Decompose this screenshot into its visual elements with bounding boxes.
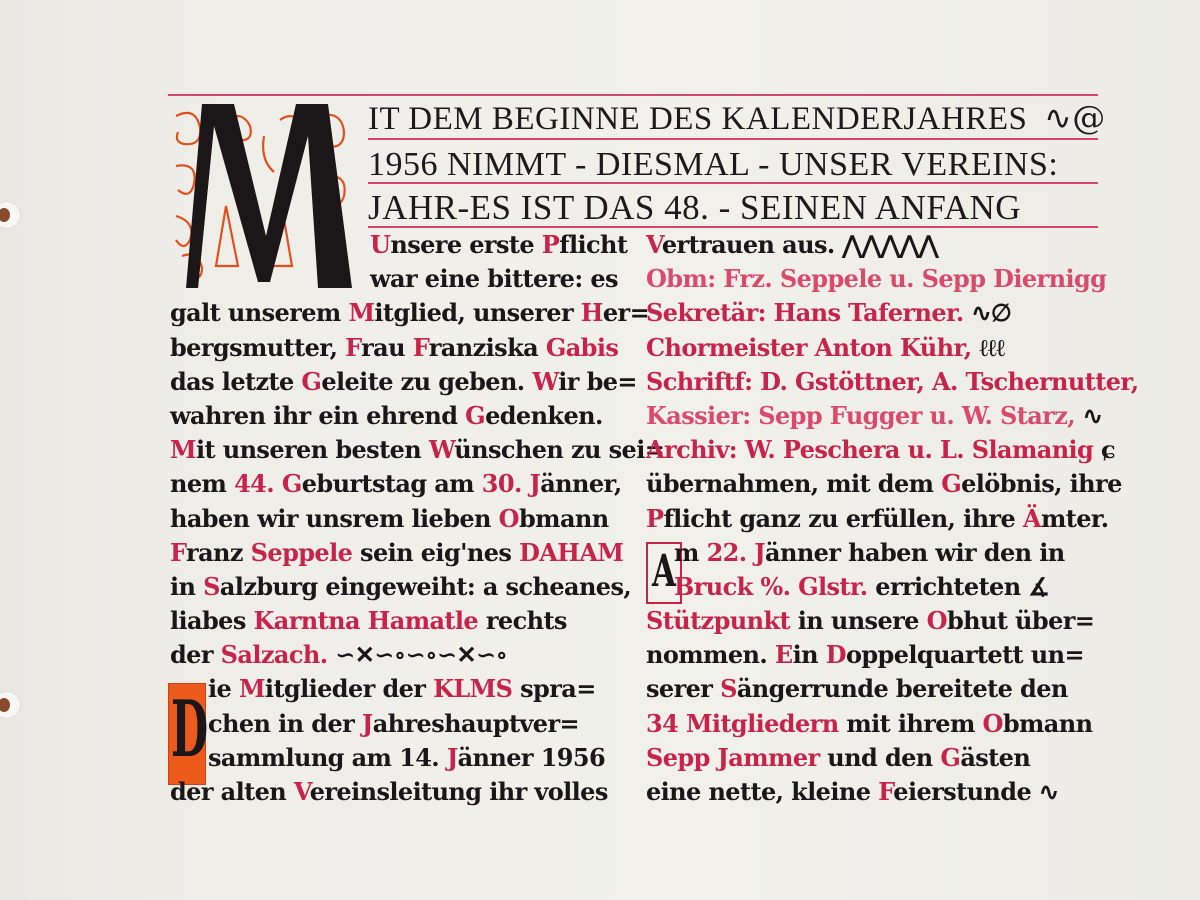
text-line: Schriftf: D. Gstöttner, A. Tschernutter, [646,365,1106,399]
text-line: serer Sängerrunde bereitete den [646,672,1106,706]
rubricated-text: Sepp [646,743,710,772]
ink-text [274,469,282,498]
rubricated-text: G [941,469,961,498]
ink-text: der alten [170,777,294,806]
ink-text: errichteten ∡ [868,572,1050,601]
rubricated-text: V [294,777,310,806]
rubricated-text: Archiv: W. Peschera u. L. Slamanig [646,435,1093,464]
rubricated-text: U [370,230,390,259]
text-line: Mit unseren besten Wünschen zu sei= [170,433,630,467]
ink-text: bergsmutter, [170,333,345,362]
rubricated-text: H [581,298,603,327]
ink-text: ranz [186,538,251,567]
ink-text: ängerrunde bereitete den [737,674,1068,703]
ink-text: eine nette, kleine [646,777,878,806]
right-text-column: Vertrauen aus. ⋀⋀⋀⋀⋀Obm: Frz. Seppele u.… [646,228,1106,809]
rubricated-text: M [170,435,196,464]
punch-hole [0,202,20,228]
ink-text: haben wir unsrem lieben [170,504,499,533]
text-line: nommen. Ein Doppelquartett un= [646,638,1106,672]
ink-text: das letzte [170,367,301,396]
text-line: galt unserem Mitglied, unserer Her= [170,296,630,330]
heading-line-1: IT DEM BEGINNE DES KALENDERJAHRES ∿@ [368,98,1098,138]
ink-text: eierstunde ∿ [893,777,1058,806]
ink-text: änner, [540,469,621,498]
ink-text: ästen [960,743,1030,772]
ink-text: ɕ [1093,435,1115,464]
text-line: eine nette, kleine Feierstunde ∿ [646,775,1106,809]
ink-text: mter. [1041,504,1109,533]
text-line: Obm: Frz. Seppele u. Sepp Diernigg [646,262,1106,296]
ink-text: alzburg eingeweiht: a scheanes, [220,572,631,601]
ink-text: mit ihrem [839,709,983,738]
rubricated-text: Salzach. [221,640,328,669]
ink-text: ∿∅ [964,298,1012,327]
ink-text: ünschen zu sei= [454,435,664,464]
ink-text: bmann [519,504,609,533]
manuscript-page: IT DEM BEGINNE DES KALENDERJAHRES ∿@ 195… [0,0,1200,900]
red-rule [368,138,1098,140]
ink-text: bhut über= [947,606,1094,635]
ink-text: war eine bittere: es [370,264,618,293]
text-line: bergsmutter, Frau Franziska Gabis [170,331,630,365]
ink-text: übernahmen, mit dem [646,469,941,498]
ink-text: galt unserem [170,298,348,327]
ink-text: der [170,640,221,669]
ink-text: spra= [512,674,595,703]
rubricated-text: Chormeister Anton Kühr, [646,333,972,362]
text-line: Kassier: Sepp Fugger u. W. Starz, ∿ [646,399,1106,433]
text-line: haben wir unsrem lieben Obmann [170,502,630,536]
rubricated-text: D [826,640,846,669]
rubricated-text: G [465,401,485,430]
rubricated-text: P [646,504,663,533]
text-line: ie Mitglieder der KLMS spra= [170,672,630,706]
text-line: das letzte Geleite zu geben. Wir be= [170,365,630,399]
rubricated-text: E [775,640,793,669]
rubricated-text: Schriftf: D. Gstöttner, A. Tschernutter, [646,367,1138,396]
text-line: der alten Vereinsleitung ihr volles [170,775,630,809]
ink-text: rau [361,333,413,362]
ink-text: flicht ganz zu erfüllen, ihre [663,504,1022,533]
rubricated-text: P [542,230,559,259]
rubricated-text: DAHAM [519,538,623,567]
rubricated-text: 44. [234,469,274,498]
rubricated-text: J [362,709,373,738]
ink-text: ∿ [1075,401,1102,430]
rubricated-text: Stützpunkt [646,606,790,635]
ink-text: ereinsleitung ihr volles [310,777,608,806]
rubricated-text: Obm: Frz. Seppele u. Sepp Diernigg [646,264,1106,293]
text-line: nem 44. Geburtstag am 30. Jänner, [170,467,630,501]
rubricated-text: S [720,674,737,703]
ink-text: er= [603,298,649,327]
ink-text: sammlung am 14. [208,743,447,772]
text-line: der Salzach. ∽✕∽∘∽∘∽✕∽∘ [170,638,630,672]
ink-text: in [170,572,203,601]
rubricated-text: W [429,435,454,464]
rubricated-text: M [239,674,265,703]
text-line: liabes Karntna Hamatle rechts [170,604,630,638]
text-line: Pflicht ganz zu erfüllen, ihre Ämter. [646,502,1106,536]
ink-text: edenken. [485,401,603,430]
ink-text: und den [820,743,941,772]
ink-text: itglieder der [265,674,433,703]
ink-text: chen in der [208,709,362,738]
rubricated-text: G [301,367,321,396]
rubricated-text: Gabis [546,333,618,362]
ink-text: ertrauen aus. ⋀⋀⋀⋀⋀ [662,230,938,259]
ink-text: nsere erste [390,230,541,259]
rubricated-text: Seppele [251,538,353,567]
ink-text: sein eig'nes [352,538,519,567]
ink-text: oppelquartett un= [846,640,1084,669]
rubricated-text: G [282,469,302,498]
rubricated-text: 22. J [707,538,765,567]
text-line: 34 Mitgliedern mit ihrem Obmann [646,707,1106,741]
rubricated-text: G [940,743,960,772]
ink-text: ranziska [429,333,546,362]
ink-text: ie [208,674,239,703]
ink-text: änner 1956 [458,743,606,772]
rubricated-text: O [983,709,1003,738]
rubricated-text: 34 Mitgliedern [646,709,839,738]
rubricated-text: F [170,538,186,567]
text-line: Sepp Jammer und den Gästen [646,741,1106,775]
left-text-column: Unsere erste Pflichtwar eine bittere: es… [170,228,630,809]
ink-text: flicht [559,230,627,259]
text-line: sammlung am 14. Jänner 1956 [170,741,630,775]
text-line: Unsere erste Pflicht [170,228,630,262]
ink-text: elöbnis, ihre [961,469,1122,498]
rubricated-text: M [348,298,374,327]
flourish-icon: ∿@ [1044,98,1106,137]
ink-text: serer [646,674,720,703]
text-line: wahren ihr ein ehrend Gedenken. [170,399,630,433]
ink-text: änner haben wir den in [765,538,1065,567]
text-line: Stützpunkt in unsere Obhut über= [646,604,1106,638]
ink-text: ahreshauptver= [373,709,579,738]
ink-text: eburtstag am [302,469,482,498]
text-line: chen in der Jahreshauptver= [170,707,630,741]
rubricated-text: S [203,572,220,601]
ink-text: liabes [170,606,254,635]
rubricated-text: F [345,333,361,362]
rubricated-text: KLMS [433,674,512,703]
rubricated-text: O [927,606,947,635]
ink-text [710,743,718,772]
text-line: in Salzburg eingeweiht: a scheanes, [170,570,630,604]
rubricated-text: F [413,333,429,362]
rubricated-text: Ä [1023,504,1041,533]
rubricated-text: Bruck %. Glstr. [674,572,868,601]
ink-text: eleite zu geben. [321,367,532,396]
ink-text: nem [170,469,234,498]
rubricated-text: Karntna Hamatle [254,606,479,635]
ink-text: in [793,640,826,669]
rubricated-text: F [878,777,893,806]
text-line: Archiv: W. Peschera u. L. Slamanig ɕ [646,433,1106,467]
ink-text: it unseren besten [196,435,429,464]
ink-text: in unsere [790,606,927,635]
text-line: m 22. Jänner haben wir den in [646,536,1106,570]
text-line: Chormeister Anton Kühr, ℓℓℓ [646,331,1106,365]
text-line: übernahmen, mit dem Gelöbnis, ihre [646,467,1106,501]
ink-text: nommen. [646,640,775,669]
ink-text: bmann [1003,709,1093,738]
rubricated-text: W [532,367,558,396]
ink-text: m [674,538,707,567]
ink-text: ir be= [558,367,637,396]
heading-line-2: 1956 NIMMT - DIESMAL - UNSER VEREINS: [368,146,1098,184]
text-line: Vertrauen aus. ⋀⋀⋀⋀⋀ [646,228,1106,262]
text-line: war eine bittere: es [170,262,630,296]
heading-text: IT DEM BEGINNE DES KALENDERJAHRES [368,101,1027,137]
rubricated-text: Jammer [718,743,820,772]
ink-text: ℓℓℓ [972,333,1005,362]
rubricated-text: V [646,230,662,259]
heading-line-3: JAHR-ES IST DAS 48. - SEINEN ANFANG [368,188,1098,228]
rubricated-text: Kassier: Sepp Fugger u. W. Starz, [646,401,1075,430]
text-line: Sekretär: Hans Taferner. ∿∅ [646,296,1106,330]
ink-text: wahren ihr ein ehrend [170,401,465,430]
punch-hole [0,692,20,718]
rubricated-text: J [447,743,458,772]
text-line: Bruck %. Glstr. errichteten ∡ [646,570,1106,604]
rubricated-text: O [499,504,519,533]
ink-text: ∽✕∽∘∽∘∽✕∽∘ [327,640,507,669]
ink-text: itglied, unserer [374,298,580,327]
rubricated-text: 30. J [482,469,540,498]
ink-text: rechts [478,606,567,635]
rubricated-text: Sekretär: Hans Taferner. [646,298,964,327]
text-line: Franz Seppele sein eig'nes DAHAM [170,536,630,570]
